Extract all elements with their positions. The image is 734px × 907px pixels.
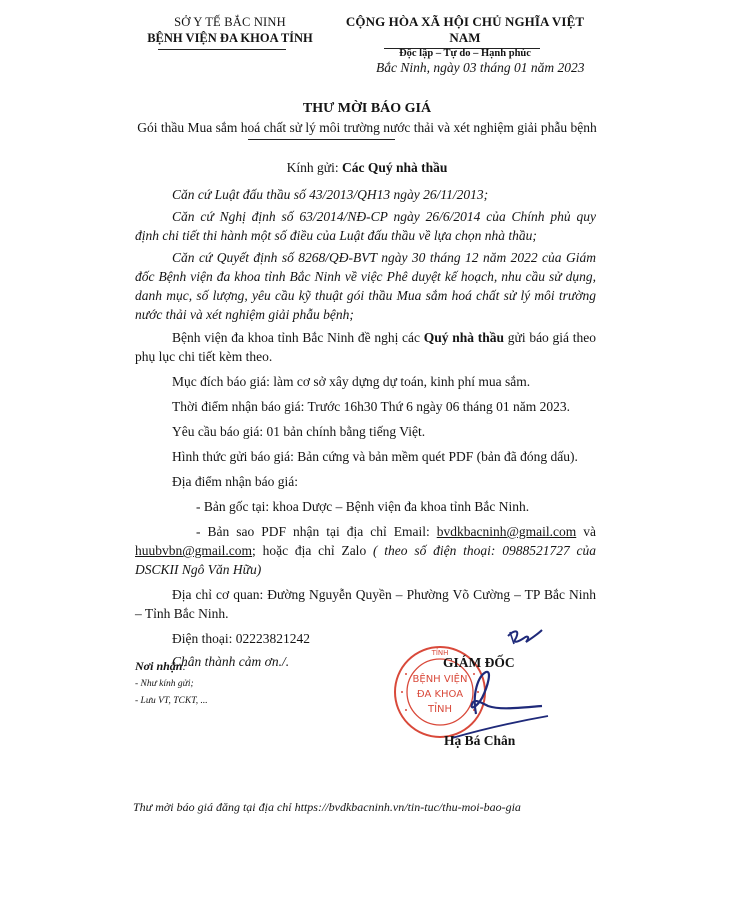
request-section: Bệnh viện đa khoa tỉnh Bắc Ninh đề nghị … [135,328,596,671]
signatory-title: GIÁM ĐỐC [443,655,515,671]
legal-basis-1: Căn cứ Luật đấu thầu số 43/2013/QH13 ngà… [135,185,596,204]
requirement-line: Yêu cầu báo giá: 01 bản chính bằng tiếng… [135,422,596,441]
legal-basis-2: Căn cứ Nghị định số 63/2014/NĐ-CP ngày 2… [135,207,596,245]
request-paragraph: Bệnh viện đa khoa tỉnh Bắc Ninh đề nghị … [135,328,596,366]
recipients-block: Nơi nhận: - Như kính gửi; - Lưu VT, TCKT… [135,658,208,710]
greeting-label: Kính gửi: [287,160,342,175]
legal-basis-3: Căn cứ Quyết định số 8268/QĐ-BVT ngày 30… [135,248,596,324]
greeting-recipient: Các Quý nhà thầu [342,160,447,175]
greeting: Kính gửi: Các Quý nhà thầu [0,160,734,176]
original-location: - Bản gốc tại: khoa Dược – Bệnh viện đa … [135,497,596,516]
footer-note: Thư mời báo giá đăng tại địa chỉ https:/… [133,800,521,815]
header-left-rule [158,49,286,50]
legal-bases: Căn cứ Luật đấu thầu số 43/2013/QH13 ngà… [135,185,596,324]
subtitle-rule [248,139,395,140]
request-text-bold: Quý nhà thầu [424,330,504,345]
purpose-line: Mục đích báo giá: làm cơ sở xây dựng dự … [135,372,596,391]
location-label: Địa điểm nhận báo giá: [135,472,596,491]
recipient-item: - Như kính gửi; [135,676,208,693]
agency-name: SỞ Y TẾ BẮC NINH [130,14,330,30]
document-title: THƯ MỜI BÁO GIÁ [0,101,734,117]
header-right-rule [384,48,540,49]
copy-and: và [576,524,596,539]
address-line: Địa chỉ cơ quan: Đường Nguyễn Quyền – Ph… [135,585,596,623]
recipient-item: - Lưu VT, TCKT, ... [135,693,208,710]
nation-name: CỘNG HÒA XÃ HỘI CHỦ NGHĨA VIỆT NAM [335,14,595,46]
email-link-1[interactable]: bvdkbacninh@gmail.com [437,524,577,539]
signatory-name: Hạ Bá Chân [444,733,515,749]
request-text-before: Bệnh viện đa khoa tỉnh Bắc Ninh đề nghị … [172,330,424,345]
national-header: CỘNG HÒA XÃ HỘI CHỦ NGHĨA VIỆT NAM Độc l… [335,14,595,62]
issuing-agency: SỞ Y TẾ BẮC NINH BỆNH VIỆN ĐA KHOA TỈNH [130,14,330,46]
handwritten-signature [430,624,550,744]
copy-zalo: ; hoặc địa chỉ Zalo [252,543,373,558]
email-link-2[interactable]: huubvbn@gmail.com [135,543,252,558]
copy-prefix: - Bản sao PDF nhận tại địa chỉ Email: [196,524,437,539]
deadline-line: Thời điểm nhận báo giá: Trước 16h30 Thứ … [135,397,596,416]
date-line: Bắc Ninh, ngày 03 tháng 01 năm 2023 [376,60,585,76]
recipients-heading: Nơi nhận [135,659,182,673]
format-line: Hình thức gửi báo giá: Bản cứng và bản m… [135,447,596,466]
document-subtitle: Gói thầu Mua sắm hoá chất sử lý môi trườ… [0,120,734,136]
hospital-name: BỆNH VIỆN ĐA KHOA TỈNH [130,30,330,46]
copy-location: - Bản sao PDF nhận tại địa chỉ Email: bv… [135,522,596,579]
